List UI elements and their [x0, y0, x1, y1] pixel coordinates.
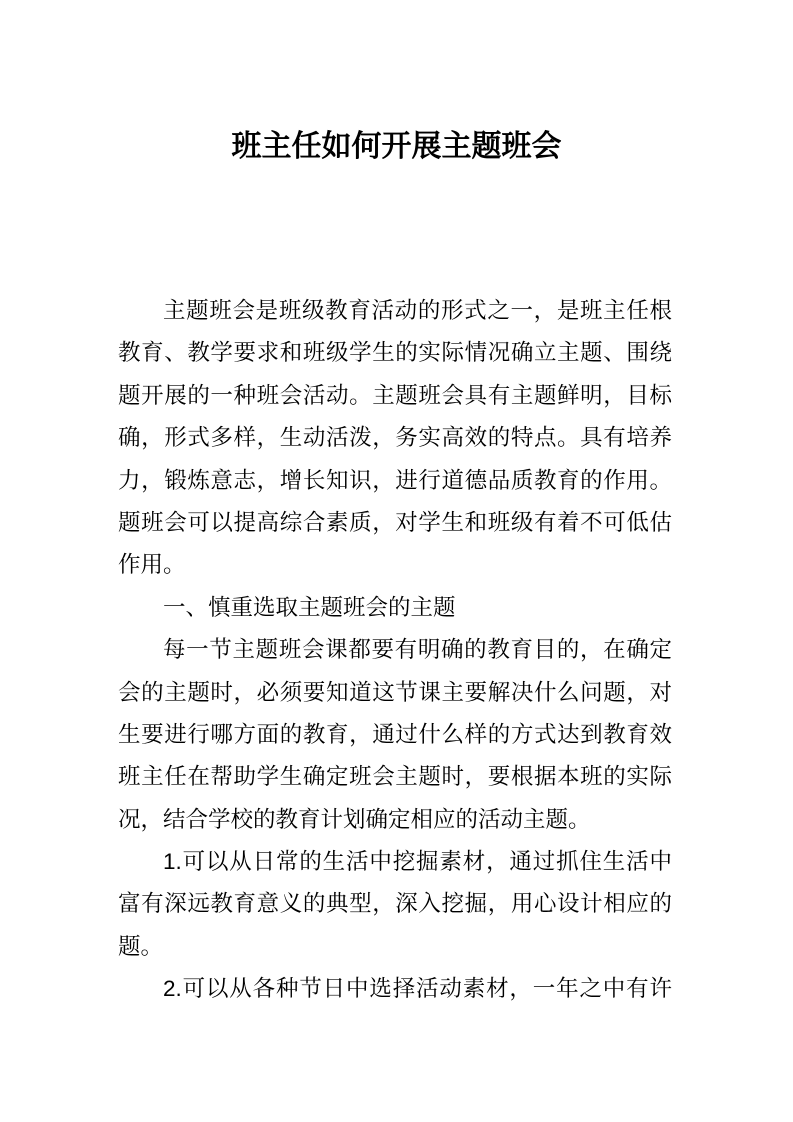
text-line: 力，锻炼意志，增长知识，进行道德品质教育的作用。主 [118, 460, 672, 502]
section-heading: 一、慎重选取主题班会的主题 [118, 587, 672, 629]
list-item: 2.可以从各种节日中选择活动素材，一年之中有许多的 [118, 968, 672, 1010]
text-line: 生要进行哪方面的教育，通过什么样的方式达到教育效果 [118, 714, 672, 756]
text-line: 班主任在帮助学生确定班会主题时，要根据本班的实际情 [118, 756, 672, 798]
text-line: 富有深远教育意义的典型，深入挖掘，用心设计相应的主 [118, 883, 672, 925]
document-title: 班主任如何开展主题班会 [0, 0, 793, 172]
document-body: 主题班会是班级教育活动的形式之一，是班主任根据 教育、教学要求和班级学生的实际情… [0, 290, 793, 1011]
text-line: 每一节主题班会课都要有明确的教育目的，在确定班 [118, 629, 672, 671]
text-line: 1.可以从日常的生活中挖掘素材，通过抓住生活中那些 [118, 841, 672, 883]
document-page: 班主任如何开展主题班会 主题班会是班级教育活动的形式之一，是班主任根据 教育、教… [0, 0, 793, 1122]
list-item: 1.可以从日常的生活中挖掘素材，通过抓住生活中那些 富有深远教育意义的典型，深入… [118, 841, 672, 968]
text-line: 题。 [118, 926, 672, 968]
text-line: 2.可以从各种节日中选择活动素材，一年之中有许多的 [118, 968, 672, 1010]
paragraph: 每一节主题班会课都要有明确的教育目的，在确定班 会的主题时，必须要知道这节课主要… [118, 629, 672, 841]
text-line: 题开展的一种班会活动。主题班会具有主题鲜明，目标明 [118, 375, 672, 417]
text-line: 主题班会是班级教育活动的形式之一，是班主任根据 [118, 290, 672, 332]
text-line: 会的主题时，必须要知道这节课主要解决什么问题，对学 [118, 672, 672, 714]
text-line: 确，形式多样，生动活泼，务实高效的特点。具有培养能 [118, 417, 672, 459]
text-line: 作用。 [118, 544, 672, 586]
paragraph: 主题班会是班级教育活动的形式之一，是班主任根据 教育、教学要求和班级学生的实际情… [118, 290, 672, 587]
text-line: 题班会可以提高综合素质，对学生和班级有着不可低估的 [118, 502, 672, 544]
text-line: 教育、教学要求和班级学生的实际情况确立主题、围绕主 [118, 332, 672, 374]
text-line: 一、慎重选取主题班会的主题 [118, 587, 672, 629]
text-line: 况，结合学校的教育计划确定相应的活动主题。 [118, 799, 672, 841]
